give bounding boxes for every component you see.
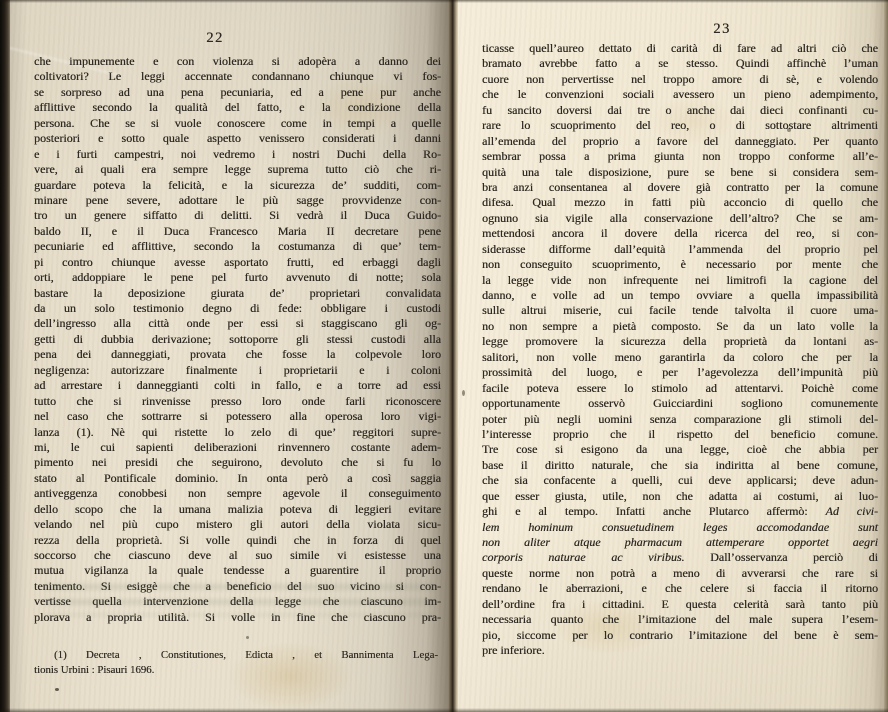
text-line: l’interesse proprio che il rispetto del … — [482, 427, 878, 442]
text-line: cuore non pervertisse nel troppo amore d… — [482, 72, 878, 87]
text-line: rezza della proprietà. Si volle quindi c… — [34, 533, 441, 548]
text-line: velando nel più cupo mistero gli autori … — [34, 517, 441, 532]
page-number-right: 23 — [509, 21, 888, 38]
text-line: ognuno sia vigile alla conservazione del… — [482, 211, 878, 226]
text-line: base il diritto naturale, che sia indiri… — [482, 458, 878, 473]
text-line: stato al Pontificale dominio. In onta pe… — [34, 471, 441, 486]
text-line: soccorso che ciascuno deve al suo simile… — [34, 548, 441, 563]
text-line: minare pene severe, adottare le più sagg… — [34, 193, 441, 208]
text-line: rare lo scuoprimento del reo, o di sotto… — [482, 118, 878, 133]
text-line: mutua vigilanza la quale tendesse a guar… — [34, 563, 441, 578]
text-line: coltivatori? Le leggi accennate condanna… — [34, 69, 441, 84]
text-line: legge promovere la sicurezza della propr… — [482, 334, 878, 349]
text-line: nel caso che sottrarre si potessero alla… — [34, 409, 441, 424]
text-line: queste norme non potrà a meno di avverar… — [482, 566, 878, 581]
text-line: dello scopo che la umana malizia poteva … — [34, 502, 441, 517]
text-line: corporis naturae ac viribus. Dall’osserv… — [482, 550, 878, 565]
text-line: tutto che si rinvenisse presso loro onde… — [34, 394, 441, 409]
text-line: pena dei danneggiati, provata che fosse … — [34, 347, 441, 362]
text-line: posteriori e sotto quale aspetto venisse… — [34, 131, 441, 146]
book-spine-edge — [0, 0, 10, 712]
text-line: la legge vide non infrequente nei limitr… — [482, 273, 878, 288]
body-text-right: ticasse quell’aureo dettato di carità di… — [482, 41, 878, 659]
text-line: ghi e al tempo. Infatti anche Plutarco a… — [482, 504, 878, 519]
text-line: difesa. Qual mezzo in fatti più acconcio… — [482, 195, 878, 210]
show-through-smudge — [44, 584, 434, 616]
text-line: fu sancito doversi dai tre o anche dai d… — [482, 103, 878, 118]
text-line: sembrar possa a prima giunta non troppo … — [482, 149, 878, 164]
text-line: pre inferiore. — [482, 643, 878, 658]
text-line: pecuniarie ed afflittive, secondo la cos… — [34, 239, 441, 254]
text-line: negligenza: autorizzare finalmente i pro… — [34, 363, 441, 378]
text-line: opportunamente osservò Guicciardini sogl… — [482, 396, 878, 411]
text-line: tro un genere siffatto di delitti. Si ve… — [34, 208, 441, 223]
right-page: 23 ticasse quell’aureo dettato di carità… — [458, 0, 884, 712]
text-line: lanza (1). Nè qui ristette lo zelo di qu… — [34, 425, 441, 440]
text-line: ticasse quell’aureo dettato di carità di… — [482, 41, 878, 56]
text-line: pi contro chiunque avesse asportato frut… — [34, 255, 441, 270]
text-line: dell’ordine fra i cittadini. E questa ce… — [482, 597, 878, 612]
text-line: necessaria quanto che l’imitazione del m… — [482, 612, 878, 627]
text-line: persona. Che se si vuole conoscere come … — [34, 116, 441, 131]
page-number-left: 22 — [0, 30, 434, 47]
text-line: antiveggenza conobbesi non sempre agevol… — [34, 486, 441, 501]
text-line: getti di dubbia derivazione; sottoporre … — [34, 332, 441, 347]
text-line: all’emenda del proprio a favore del dann… — [482, 134, 878, 149]
text-line: che sia confacente a quelli, cui deve ap… — [482, 473, 878, 488]
text-line: lem hominum consuetudinem leges accomoda… — [482, 520, 878, 535]
text-line: ad arrestare i danneggianti colti in fal… — [34, 378, 441, 393]
text-line: bramato avrebbe fatto a se stesso. Quind… — [482, 56, 878, 71]
text-line: danno, e volle ad un tempo ovviare a que… — [482, 288, 878, 303]
text-line: pio, siccome per lo contrario l’imitazio… — [482, 628, 878, 643]
text-line: mettendosi ancora il dovere della ricerc… — [482, 226, 878, 241]
page-edge-right — [884, 0, 888, 712]
text-line: vere, ai quali era sempre legge suprema … — [34, 162, 441, 177]
text-line: facile poteva essere lo stimolo ad atten… — [482, 381, 878, 396]
book-scan: 22 che impunemente e con violenza si ado… — [0, 0, 888, 712]
text-line: Tre cose si esigono da una legge, cioè c… — [482, 442, 878, 457]
left-page: 22 che impunemente e con violenza si ado… — [10, 0, 448, 712]
text-line: orti, addoppiare le pene pel furto avven… — [34, 270, 441, 285]
text-line: salitori, non volle meno garantirla da c… — [482, 350, 878, 365]
scan-edge-top — [0, 0, 888, 3]
text-line: pimento nei presidi che seguirono, devol… — [34, 455, 441, 470]
scan-edge-bottom — [0, 708, 888, 712]
text-line: rendano le aberrazioni, e che celere si … — [482, 581, 878, 596]
text-line: mi, le cui sapienti deliberazioni rinven… — [34, 440, 441, 455]
text-line: baldo II, e il Duca Francesco Maria II d… — [34, 224, 441, 239]
text-line: guardare poteva la felicità, e la sicure… — [34, 178, 441, 193]
text-line: tionis Urbini : Pisauri 1696. — [34, 663, 438, 678]
text-line: che le convenzioni sociali avessero un p… — [482, 87, 878, 102]
text-line: bastare la deposizione giurata de’ propr… — [34, 286, 441, 301]
text-line: (1) Decreta , Constitutiones, Edicta , e… — [34, 648, 438, 663]
text-line: da un solo testimonio degno di fede: obb… — [34, 301, 441, 316]
text-line: non conseguito scuoprimento, è necessari… — [482, 257, 878, 272]
footnote: (1) Decreta , Constitutiones, Edicta , e… — [34, 648, 438, 677]
text-line: no non sempre a pietà composto. Se da un… — [482, 319, 878, 334]
ink-speck — [462, 390, 465, 396]
body-text-left: che impunemente e con violenza si adopèr… — [34, 54, 441, 625]
text-line: poter più negli uomini senza comparazion… — [482, 412, 878, 427]
text-line: quità una tale disposizione, pure se ben… — [482, 165, 878, 180]
text-line: dell’ingresso alla città onde per essi s… — [34, 316, 441, 331]
gutter-shadow — [448, 0, 458, 712]
text-line: sulle altrui miserie, cui facile tende t… — [482, 303, 878, 318]
text-line: e i furti campestri, noi vedremo i nostr… — [34, 147, 441, 162]
text-line: afflittive secondo la qualità del fatto,… — [34, 100, 441, 115]
ink-speck — [55, 688, 59, 691]
text-line: se sorpreso ad una pena pecuniaria, ed a… — [34, 85, 441, 100]
text-line: non aliter atque pharmacum attemperare o… — [482, 535, 878, 550]
text-line: que esser giusta, utile, non che adatta … — [482, 489, 878, 504]
ink-speck — [787, 128, 791, 132]
ink-speck — [246, 636, 249, 639]
text-line: che impunemente e con violenza si adopèr… — [34, 54, 441, 69]
text-line: prossimità del luogo, e per l’agevolezza… — [482, 365, 878, 380]
text-line: siderasse difforme dall’equità l’ammenda… — [482, 242, 878, 257]
text-line: bra anzi consentanea al dovere già contr… — [482, 180, 878, 195]
